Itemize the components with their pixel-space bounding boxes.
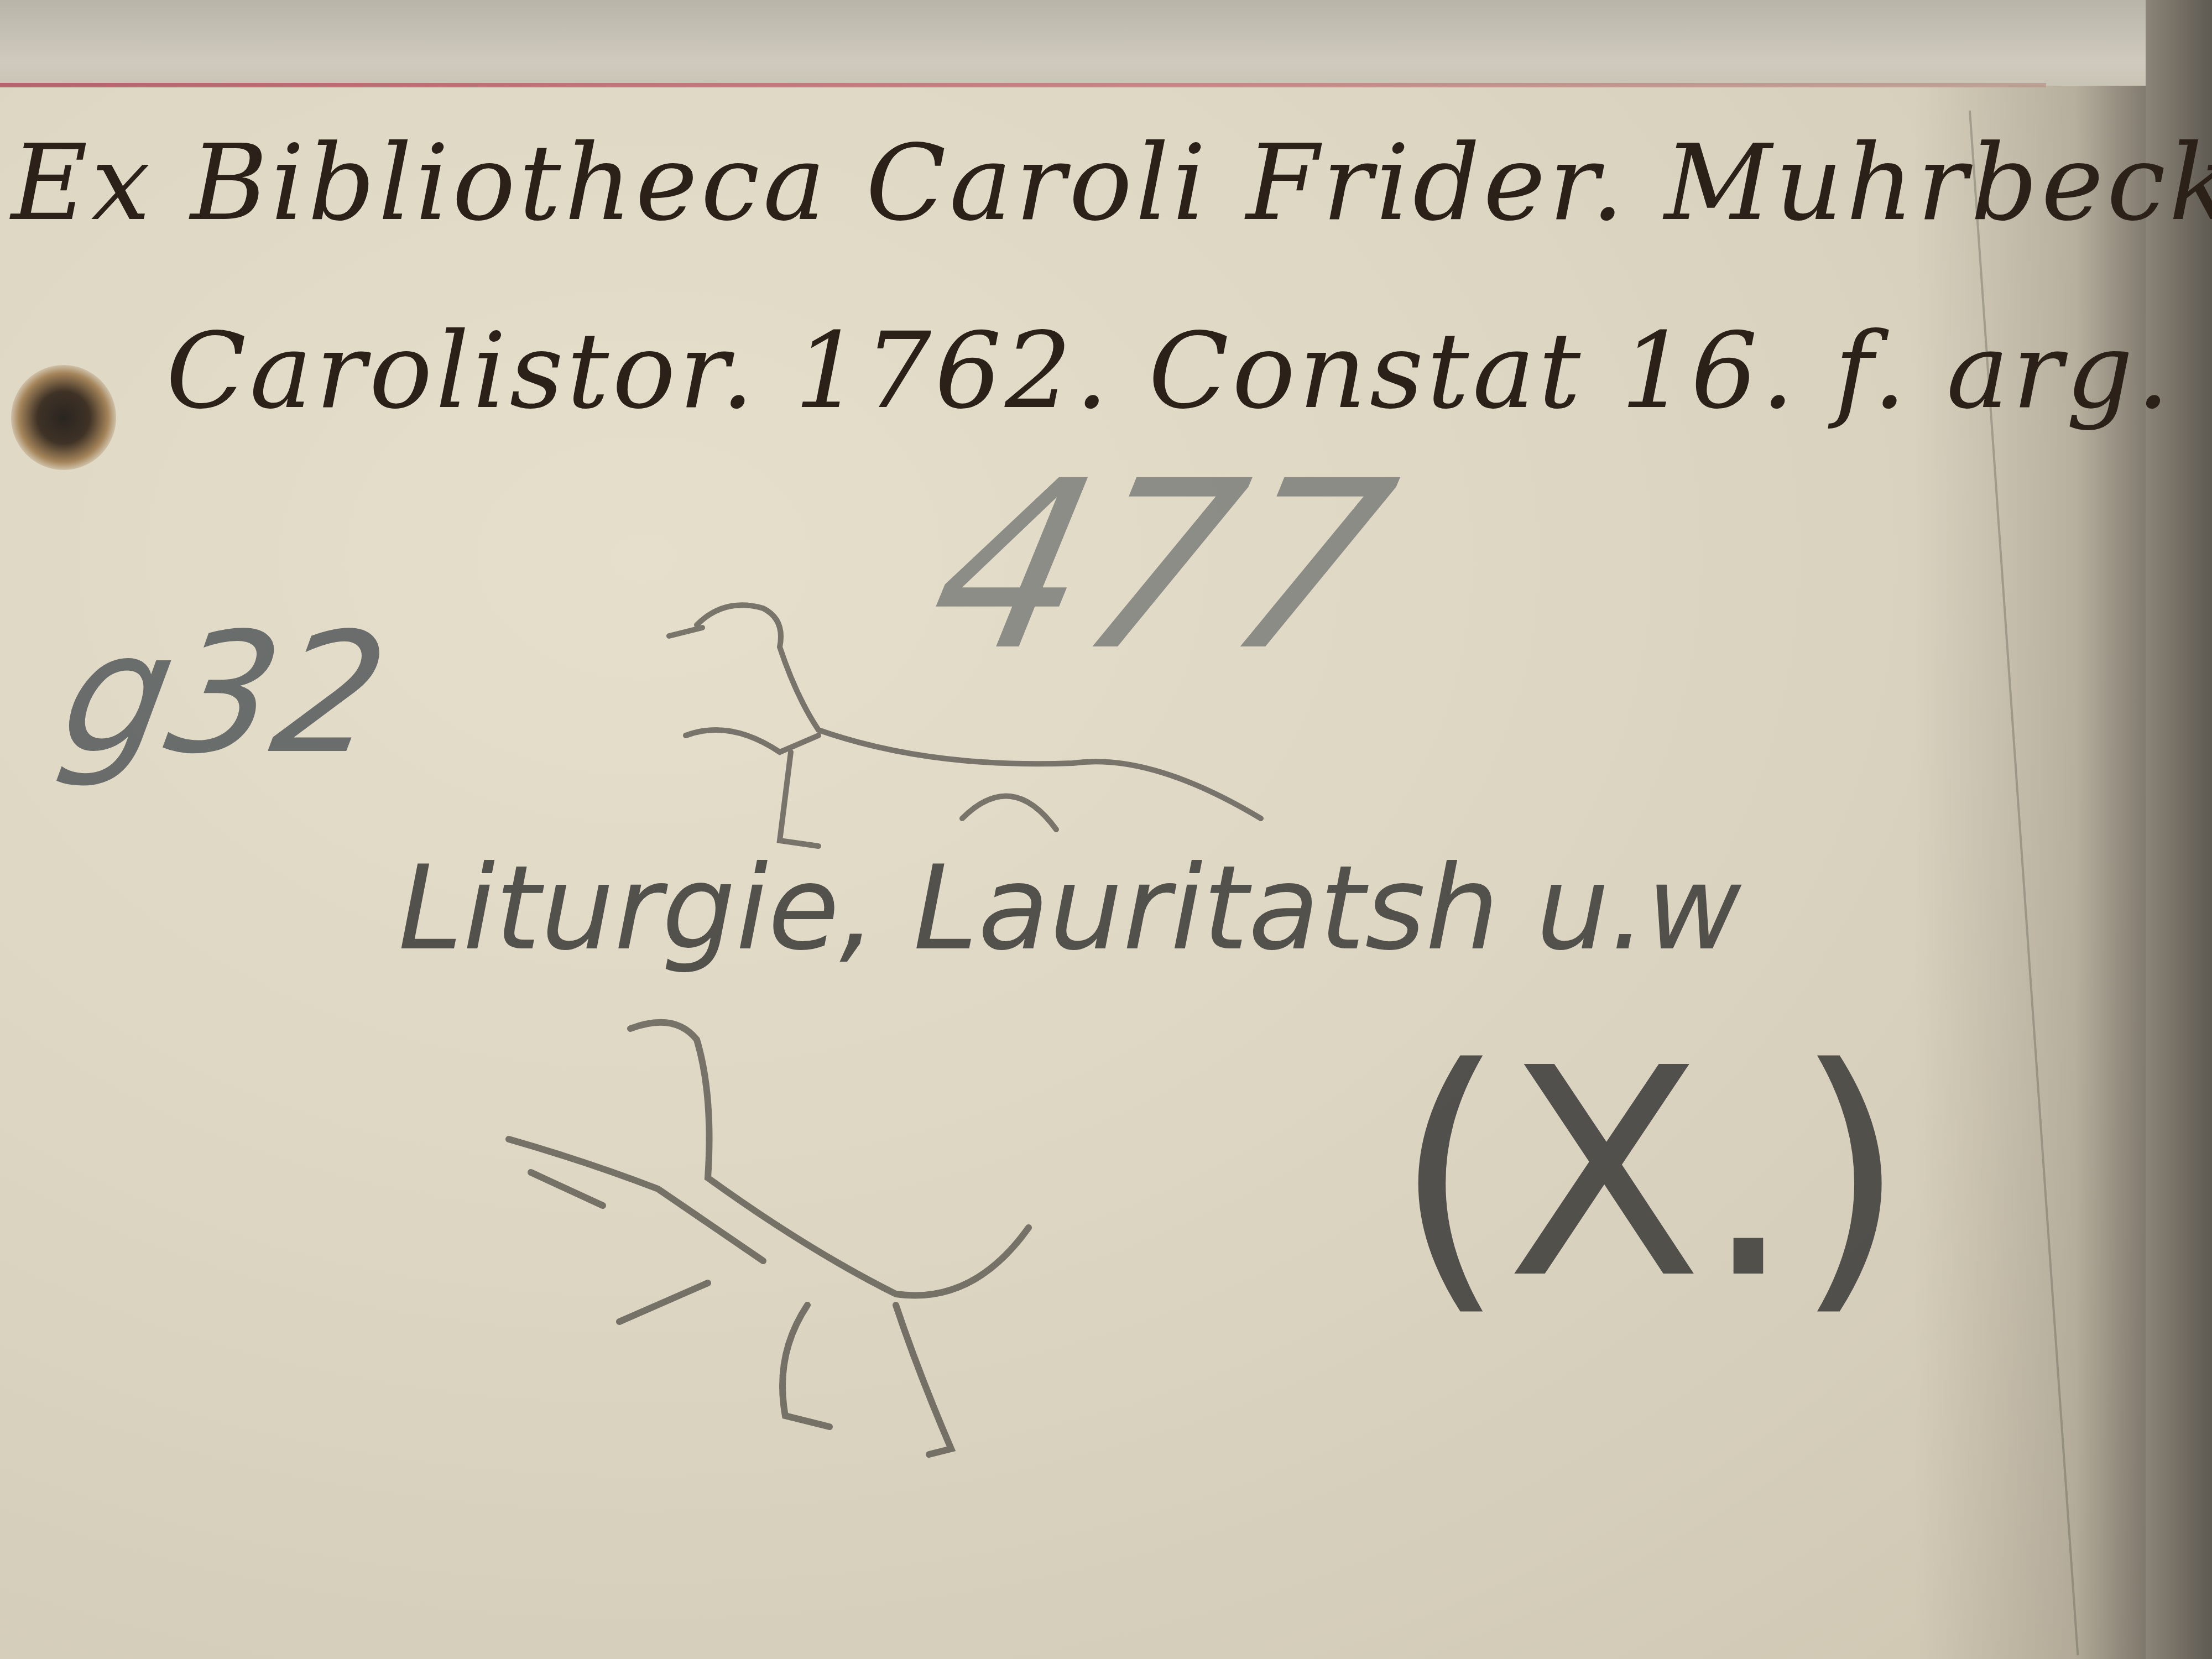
book-spine xyxy=(2146,0,2212,1659)
book-top-edge xyxy=(0,0,2212,88)
ownership-inscription-line-2: Carolistor. 1762. Constat 16. f. arg. xyxy=(166,310,2173,432)
bird-sketch-lower-icon xyxy=(476,995,1139,1493)
bird-sketch-upper-icon xyxy=(653,586,1288,874)
wormhole-stain xyxy=(11,365,116,470)
pencil-shelfmark: g32 xyxy=(49,597,400,790)
ownership-inscription-line-1: Ex Bibliotheca Caroli Frider. Muhrbeck. xyxy=(11,122,2212,244)
pencil-x-mark: (X.) xyxy=(1394,1006,1906,1342)
red-border-line xyxy=(0,83,2046,87)
